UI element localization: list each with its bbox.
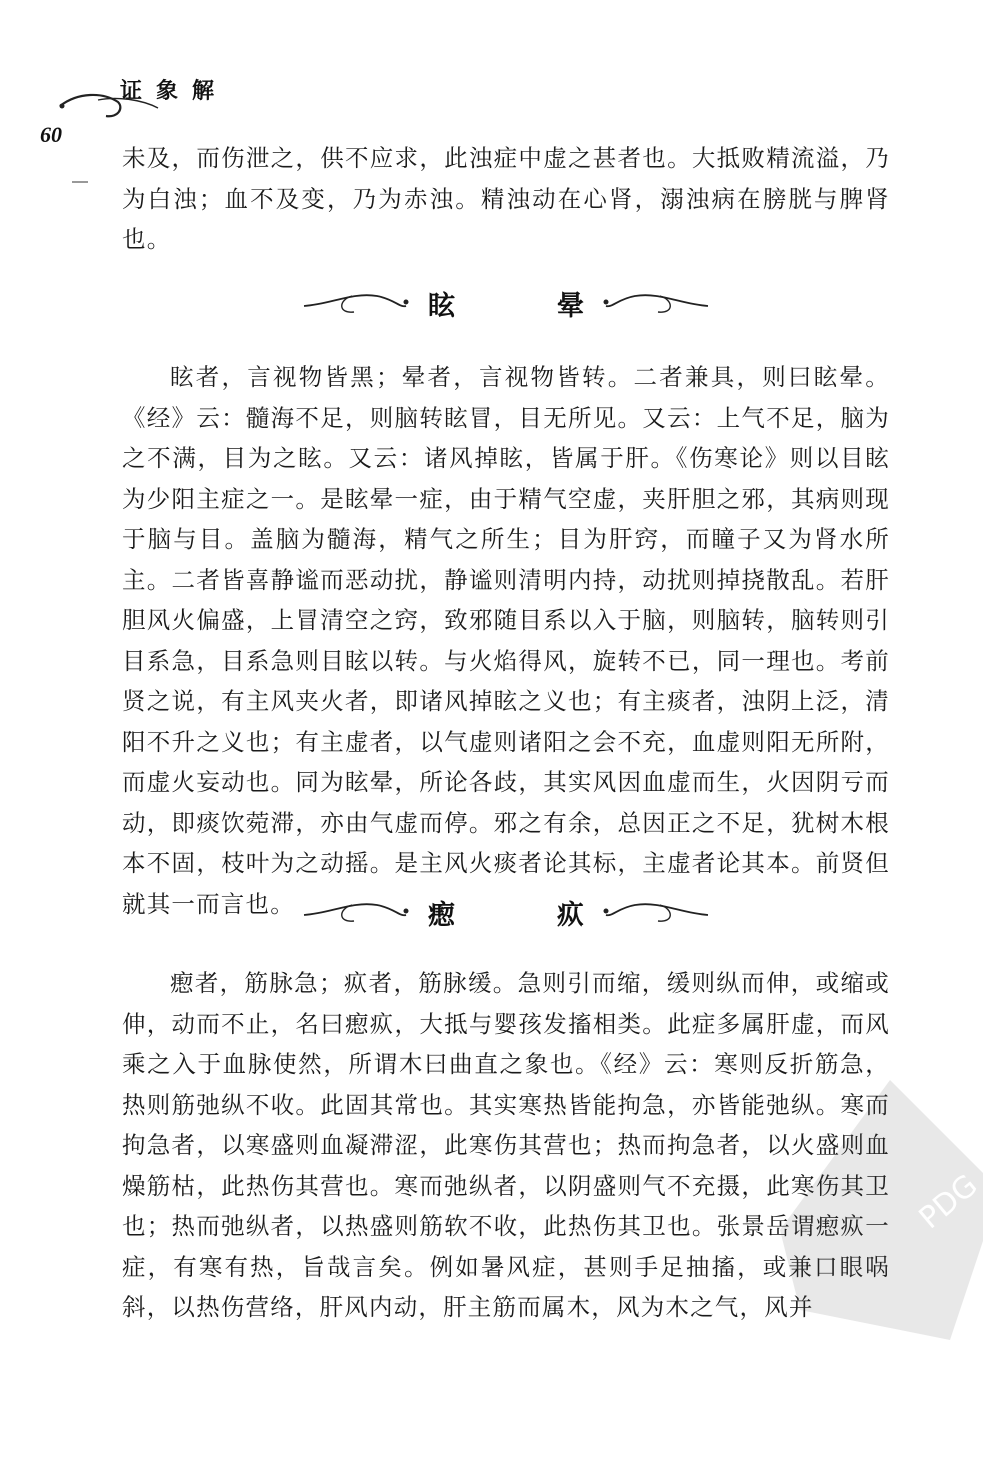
left-flourish-icon xyxy=(302,897,412,927)
right-flourish-icon xyxy=(600,897,710,927)
left-flourish-icon xyxy=(302,288,412,318)
margin-mark xyxy=(72,181,88,183)
right-flourish-icon xyxy=(600,288,710,318)
section-heading-dizziness: 眩 晕 xyxy=(122,278,890,328)
section-paragraph-dizziness: 眩者，言视物皆黑；晕者，言视物皆转。二者兼具，则曰眩晕。《经》云：髓海不足，则脑… xyxy=(122,357,890,924)
section-title-char: 晕 xyxy=(557,284,584,323)
section-title-char: 瘛 xyxy=(428,893,455,932)
watermark-stamp-icon: PDG xyxy=(780,1080,983,1340)
section-heading-convulsion: 瘛 疭 xyxy=(122,887,890,937)
section-paragraph-convulsion: 瘛者，筋脉急；疭者，筋脉缓。急则引而缩，缓则纵而伸，或缩或伸，动而不止，名曰瘛疭… xyxy=(122,963,890,1328)
page-number: 60 xyxy=(40,122,62,148)
flourish-ornament-icon xyxy=(58,92,168,132)
continuation-paragraph: 未及，而伤泄之，供不应求，此浊症中虚之甚者也。大抵败精流溢，乃为白浊；血不及变，… xyxy=(122,138,890,260)
section-title-char: 眩 xyxy=(428,284,455,323)
section-title-char: 疭 xyxy=(557,893,584,932)
